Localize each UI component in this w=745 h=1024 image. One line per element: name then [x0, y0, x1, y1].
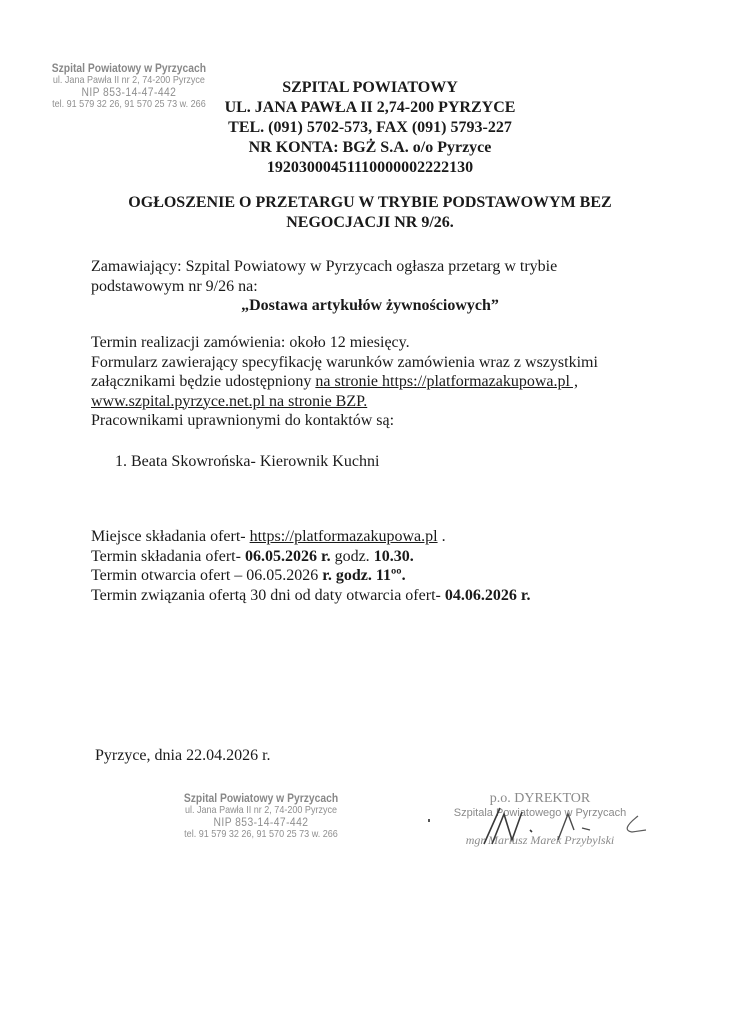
offer-opening: Termin otwarcia ofert – 06.05.2026 r. go… [91, 566, 711, 586]
realization-term: Termin realizacji zamówienia: około 12 m… [91, 333, 691, 353]
intro-line-1: Zamawiający: Szpital Powiatowy w Pyrzyca… [91, 257, 671, 277]
offers-section: Miejsce składania ofert- https://platfor… [91, 527, 711, 605]
letterhead-address: UL. JANA PAWŁA II 2,74-200 PYRZYCE [170, 98, 570, 118]
stamp-name: Szpital Powiatowy w Pyrzycach [30, 62, 228, 74]
handwritten-signature-icon [470, 800, 650, 850]
title-line-2: NEGOCJACJI NR 9/26. [80, 213, 660, 233]
letterhead-account: 19203000451110000002222130 [170, 158, 570, 178]
form-line-2: załącznikami będzie udostępniony na stro… [91, 372, 691, 392]
letterhead: SZPITAL POWIATOWY UL. JANA PAWŁA II 2,74… [170, 78, 570, 178]
submission-time-label: godz. [331, 548, 374, 565]
opening-time: r. godz. 11ºº. [322, 567, 405, 584]
intro-paragraph: Zamawiający: Szpital Powiatowy w Pyrzyca… [91, 257, 671, 296]
hospital-stamp-bottom: Szpital Powiatowy w Pyrzycach ul. Jana P… [175, 792, 347, 840]
tender-subject: „Dostawa artykułów żywnościowych” [80, 296, 660, 316]
letterhead-bank: NR KONTA: BGŻ S.A. o/o Pyrzyce [170, 138, 570, 158]
submission-time: 10.30. [374, 548, 414, 565]
stamp-nip: NIP 853-14-47-442 [175, 816, 347, 828]
offer-place-suffix: . [438, 528, 446, 545]
binding-label: Termin związania ofertą 30 dni od daty o… [91, 587, 445, 604]
letterhead-name: SZPITAL POWIATOWY [170, 78, 570, 98]
stamp-phone: tel. 91 579 32 26, 91 570 25 73 w. 266 [175, 828, 347, 840]
offer-binding: Termin związania ofertą 30 dni od daty o… [91, 586, 711, 606]
offer-submission: Termin składania ofert- 06.05.2026 r. go… [91, 547, 711, 567]
platform-link[interactable]: na stronie https://platformazakupowa.pl … [315, 373, 578, 390]
contacts-label: Pracownikami uprawnionymi do kontaktów s… [91, 411, 691, 431]
place-date: Pyrzyce, dnia 22.04.2026 r. [95, 746, 271, 766]
document-title: OGŁOSZENIE O PRZETARGU W TRYBIE PODSTAWO… [80, 193, 660, 233]
submission-label: Termin składania ofert- [91, 548, 245, 565]
hospital-website-link[interactable]: www.szpital.pyrzyce.net.pl na stronie BZ… [91, 392, 691, 412]
offer-place-label: Miejsce składania ofert- [91, 528, 250, 545]
form-line-1: Formularz zawierający specyfikację warun… [91, 353, 691, 373]
details-section: Termin realizacji zamówienia: około 12 m… [91, 333, 691, 431]
stamp-name: Szpital Powiatowy w Pyrzycach [175, 792, 347, 804]
intro-line-2: podstawowym nr 9/26 na: [91, 277, 671, 297]
title-line-1: OGŁOSZENIE O PRZETARGU W TRYBIE PODSTAWO… [80, 193, 660, 213]
offer-place: Miejsce składania ofert- https://platfor… [91, 527, 711, 547]
contact-list: 1. Beata Skowrońska- Kierownik Kuchni [115, 452, 379, 472]
stray-mark [428, 819, 430, 822]
letterhead-phone: TEL. (091) 5702-573, FAX (091) 5793-227 [170, 118, 570, 138]
opening-label: Termin otwarcia ofert – 06.05.2026 [91, 567, 322, 584]
offer-place-link[interactable]: https://platformazakupowa.pl [250, 528, 438, 545]
binding-date: 04.06.2026 r. [445, 587, 531, 604]
contact-item: 1. Beata Skowrońska- Kierownik Kuchni [115, 452, 379, 472]
form-line-2-prefix: załącznikami będzie udostępniony [91, 373, 315, 390]
submission-date: 06.05.2026 r. [245, 548, 331, 565]
